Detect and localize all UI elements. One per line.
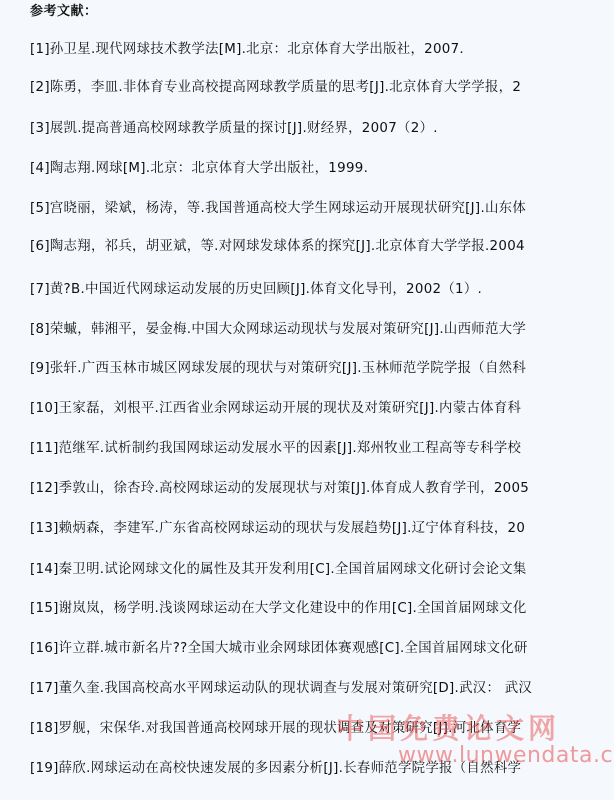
reference-item-4: [4]陶志翔.网球[M].北京：北京体育大学出版社，1999. [30,160,368,178]
reference-item-11: [11]范继军.试析制约我国网球运动发展水平的因素[J].郑州牧业工程高等专科学… [30,440,521,458]
reference-item-1: [1]孙卫星.现代网球技术教学法[M].北京：北京体育大学出版社，2007. [30,41,464,59]
reference-item-14: [14]秦卫明.试论网球文化的属性及其开发利用[C].全国首届网球文化研讨会论文… [30,561,527,579]
reference-item-13: [13]赖炳森，李建军.广东省高校网球运动的现状与发展趋势[J].辽宁体育科技，… [30,520,525,538]
reference-item-15: [15]谢岚岚，杨学明.浅谈网球运动在大学文化建设中的作用[C].全国首届网球文… [30,600,527,618]
reference-item-17: [17]董久奎.我国高校高水平网球运动队的现状调查与发展对策研究[D].武汉： … [30,680,532,698]
reference-item-7: [7]黄?B.中国近代网球运动发展的历史回顾[J].体育文化导刊，2002（1）… [30,281,482,299]
reference-item-6: [6]陶志翔，祁兵，胡亚斌，等.对网球发球体系的探究[J].北京体育大学学报.2… [30,238,525,256]
reference-item-3: [3]展凯.提高普通高校网球教学质量的探讨[J].财经界，2007（2）. [30,120,438,138]
reference-item-2: [2]陈勇，李皿.非体育专业高校提高网球教学质量的思考[J].北京体育大学学报，… [30,79,521,97]
reference-item-5: [5]宫晓丽，梁斌，杨涛，等.我国普通高校大学生网球运动开展现状研究[J].山东… [30,200,526,218]
references-heading: 参考文献： [30,3,98,21]
reference-item-18: [18]罗舰，宋保华.对我国普通高校网球开展的现状调查及对策研究[J].河北体育… [30,720,521,738]
reference-item-19: [19]薛欣.网球运动在高校快速发展的多因素分析[J].长春师范学院学报（自然科… [30,760,521,778]
reference-item-9: [9]张轩.广西玉林市城区网球发展的现状与对策研究[J].玉林师范学院学报（自然… [30,360,526,378]
reference-item-12: [12]季敦山，徐杏玲.高校网球运动的发展现状与对策[J].体育成人教育学刊，2… [30,480,529,498]
reference-item-10: [10]王家磊，刘根平.江西省业余网球运动开展的现状及对策研究[J].内蒙古体育… [30,400,521,418]
reference-item-16: [16]许立群.城市新名片??全国大城市业余网球团体赛观感[C].全国首届网球文… [30,640,528,658]
reference-item-8: [8]荣䗩，韩湘平，晏金梅.中国大众网球运动现状与发展对策研究[J].山西师范大… [30,321,526,339]
